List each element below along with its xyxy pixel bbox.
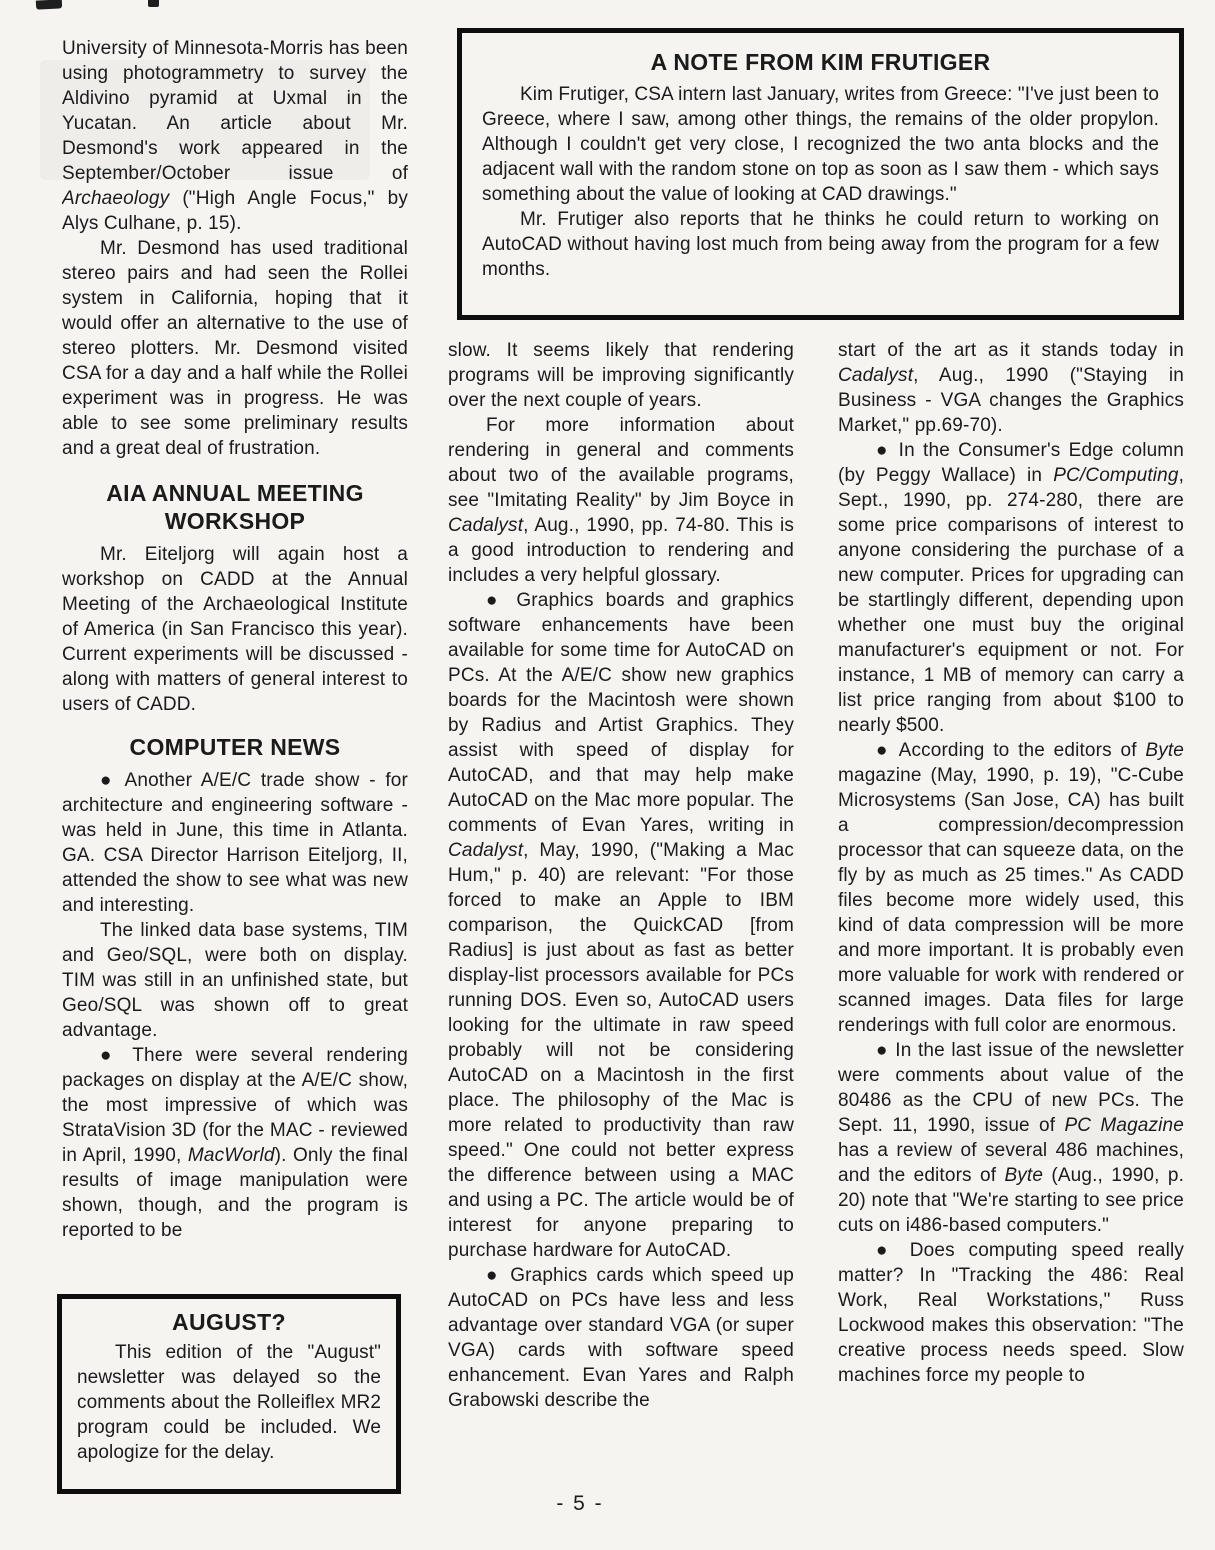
august-box-title: AUGUST? [77, 1309, 381, 1336]
right-column: start of the art as it stands today in C… [838, 338, 1184, 1488]
paragraph-consumers-edge: ● In the Consumer's Edge column (by Pegg… [838, 438, 1184, 738]
paragraph-imitating-reality: For more information about rendering in … [448, 413, 794, 588]
scan-artifact-mark [148, 0, 159, 7]
paragraph-aia-workshop: Mr. Eiteljorg will again host a workshop… [62, 542, 408, 717]
paragraph-aec-trade-show: ● Another A/E/C trade show - for archite… [62, 768, 408, 918]
left-column: University of Minnesota-Morris has been … [62, 36, 408, 1288]
note-from-kim-frutiger-box: A NOTE FROM KIM FRUTIGER Kim Frutiger, C… [457, 28, 1184, 320]
paragraph-rendering-slow: slow. It seems likely that rendering pro… [448, 338, 794, 413]
middle-column: slow. It seems likely that rendering pro… [448, 338, 794, 1488]
paragraph-frutiger-greece: Kim Frutiger, CSA intern last January, w… [482, 82, 1159, 207]
note-box-title: A NOTE FROM KIM FRUTIGER [482, 49, 1159, 76]
paragraph-vga-market: start of the art as it stands today in C… [838, 338, 1184, 438]
paragraph-80486-cpu: ● In the last issue of the newsletter we… [838, 1038, 1184, 1238]
paragraph-graphics-boards: ● Graphics boards and graphics software … [448, 588, 794, 1263]
section-heading-computer-news: COMPUTER NEWS [62, 733, 408, 761]
scan-artifact-mark [36, 0, 62, 10]
page-number: - 5 - [460, 1492, 700, 1516]
paragraph-computing-speed: ● Does computing speed really matter? In… [838, 1238, 1184, 1388]
newsletter-page: University of Minnesota-Morris has been … [0, 0, 1215, 1550]
paragraph-rendering-packages: ● There were several rendering packages … [62, 1043, 408, 1243]
paragraph-graphics-cards: ● Graphics cards which speed up AutoCAD … [448, 1263, 794, 1413]
paragraph-august-delay: This edition of the "August" newsletter … [77, 1340, 381, 1465]
paragraph-tim-geosql: The linked data base systems, TIM and Ge… [62, 918, 408, 1043]
paragraph-frutiger-autocad: Mr. Frutiger also reports that he thinks… [482, 207, 1159, 282]
paragraph-desmond-stereo: Mr. Desmond has used traditional stereo … [62, 236, 408, 461]
paragraph-desmond-intro: University of Minnesota-Morris has been … [62, 36, 408, 236]
section-heading-aia-annual-meeting-workshop: AIA ANNUAL MEETING WORKSHOP [62, 479, 408, 535]
august-delay-box: AUGUST? This edition of the "August" new… [57, 1294, 401, 1494]
paragraph-ccube-compression: ● According to the editors of Byte magaz… [838, 738, 1184, 1038]
